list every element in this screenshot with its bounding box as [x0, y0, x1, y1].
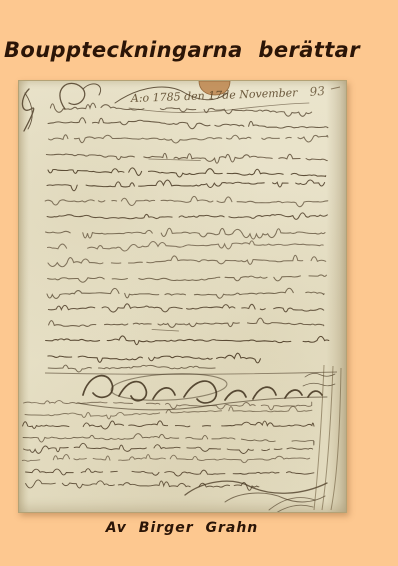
handwriting-line [25, 406, 312, 418]
handwriting-line [24, 443, 313, 453]
manuscript-date: A:o 1785 den 17de November [130, 86, 299, 105]
handwriting-line [48, 241, 324, 251]
handwriting-line [48, 353, 260, 363]
handwriting-line [26, 469, 314, 476]
word-underline [152, 330, 179, 332]
handwriting-line [24, 401, 312, 410]
handwriting-line [46, 153, 327, 163]
manuscript-drawing: A:o 1785 den 17de November 93 [19, 81, 346, 512]
handwriting-line [47, 180, 325, 191]
signature-flourish [77, 371, 335, 410]
handwriting-line [48, 118, 328, 129]
word-underline [149, 159, 201, 161]
bottom-flourish [185, 481, 327, 512]
handwriting-line [49, 135, 328, 143]
handwriting-line [23, 434, 314, 445]
book-title: Bouppteckningarna berättar [0, 38, 364, 62]
handwriting-line [46, 336, 329, 345]
handwriting-line [49, 318, 324, 327]
handwriting-line [47, 213, 327, 220]
handwriting-line [48, 275, 327, 282]
book-cover: Bouppteckningarna berättar A:o 1785 den … [0, 0, 398, 566]
author-line: Av Birger Grahn [0, 520, 364, 536]
handwriting-line [23, 421, 314, 429]
handwriting-line [48, 255, 326, 266]
page-number-text: 93 [309, 84, 326, 99]
handwriting-line [48, 365, 215, 372]
page-number: 93 [309, 84, 340, 99]
page-edge-curves [314, 365, 341, 510]
handwriting-line [46, 228, 326, 239]
handwriting-line [48, 168, 326, 177]
handwriting-line [22, 454, 309, 462]
handwriting-line [47, 288, 324, 298]
manuscript-image: A:o 1785 den 17de November 93 [18, 80, 347, 513]
handwriting-lines [22, 103, 328, 490]
handwriting-line [45, 196, 328, 206]
handwriting-line [48, 304, 323, 312]
